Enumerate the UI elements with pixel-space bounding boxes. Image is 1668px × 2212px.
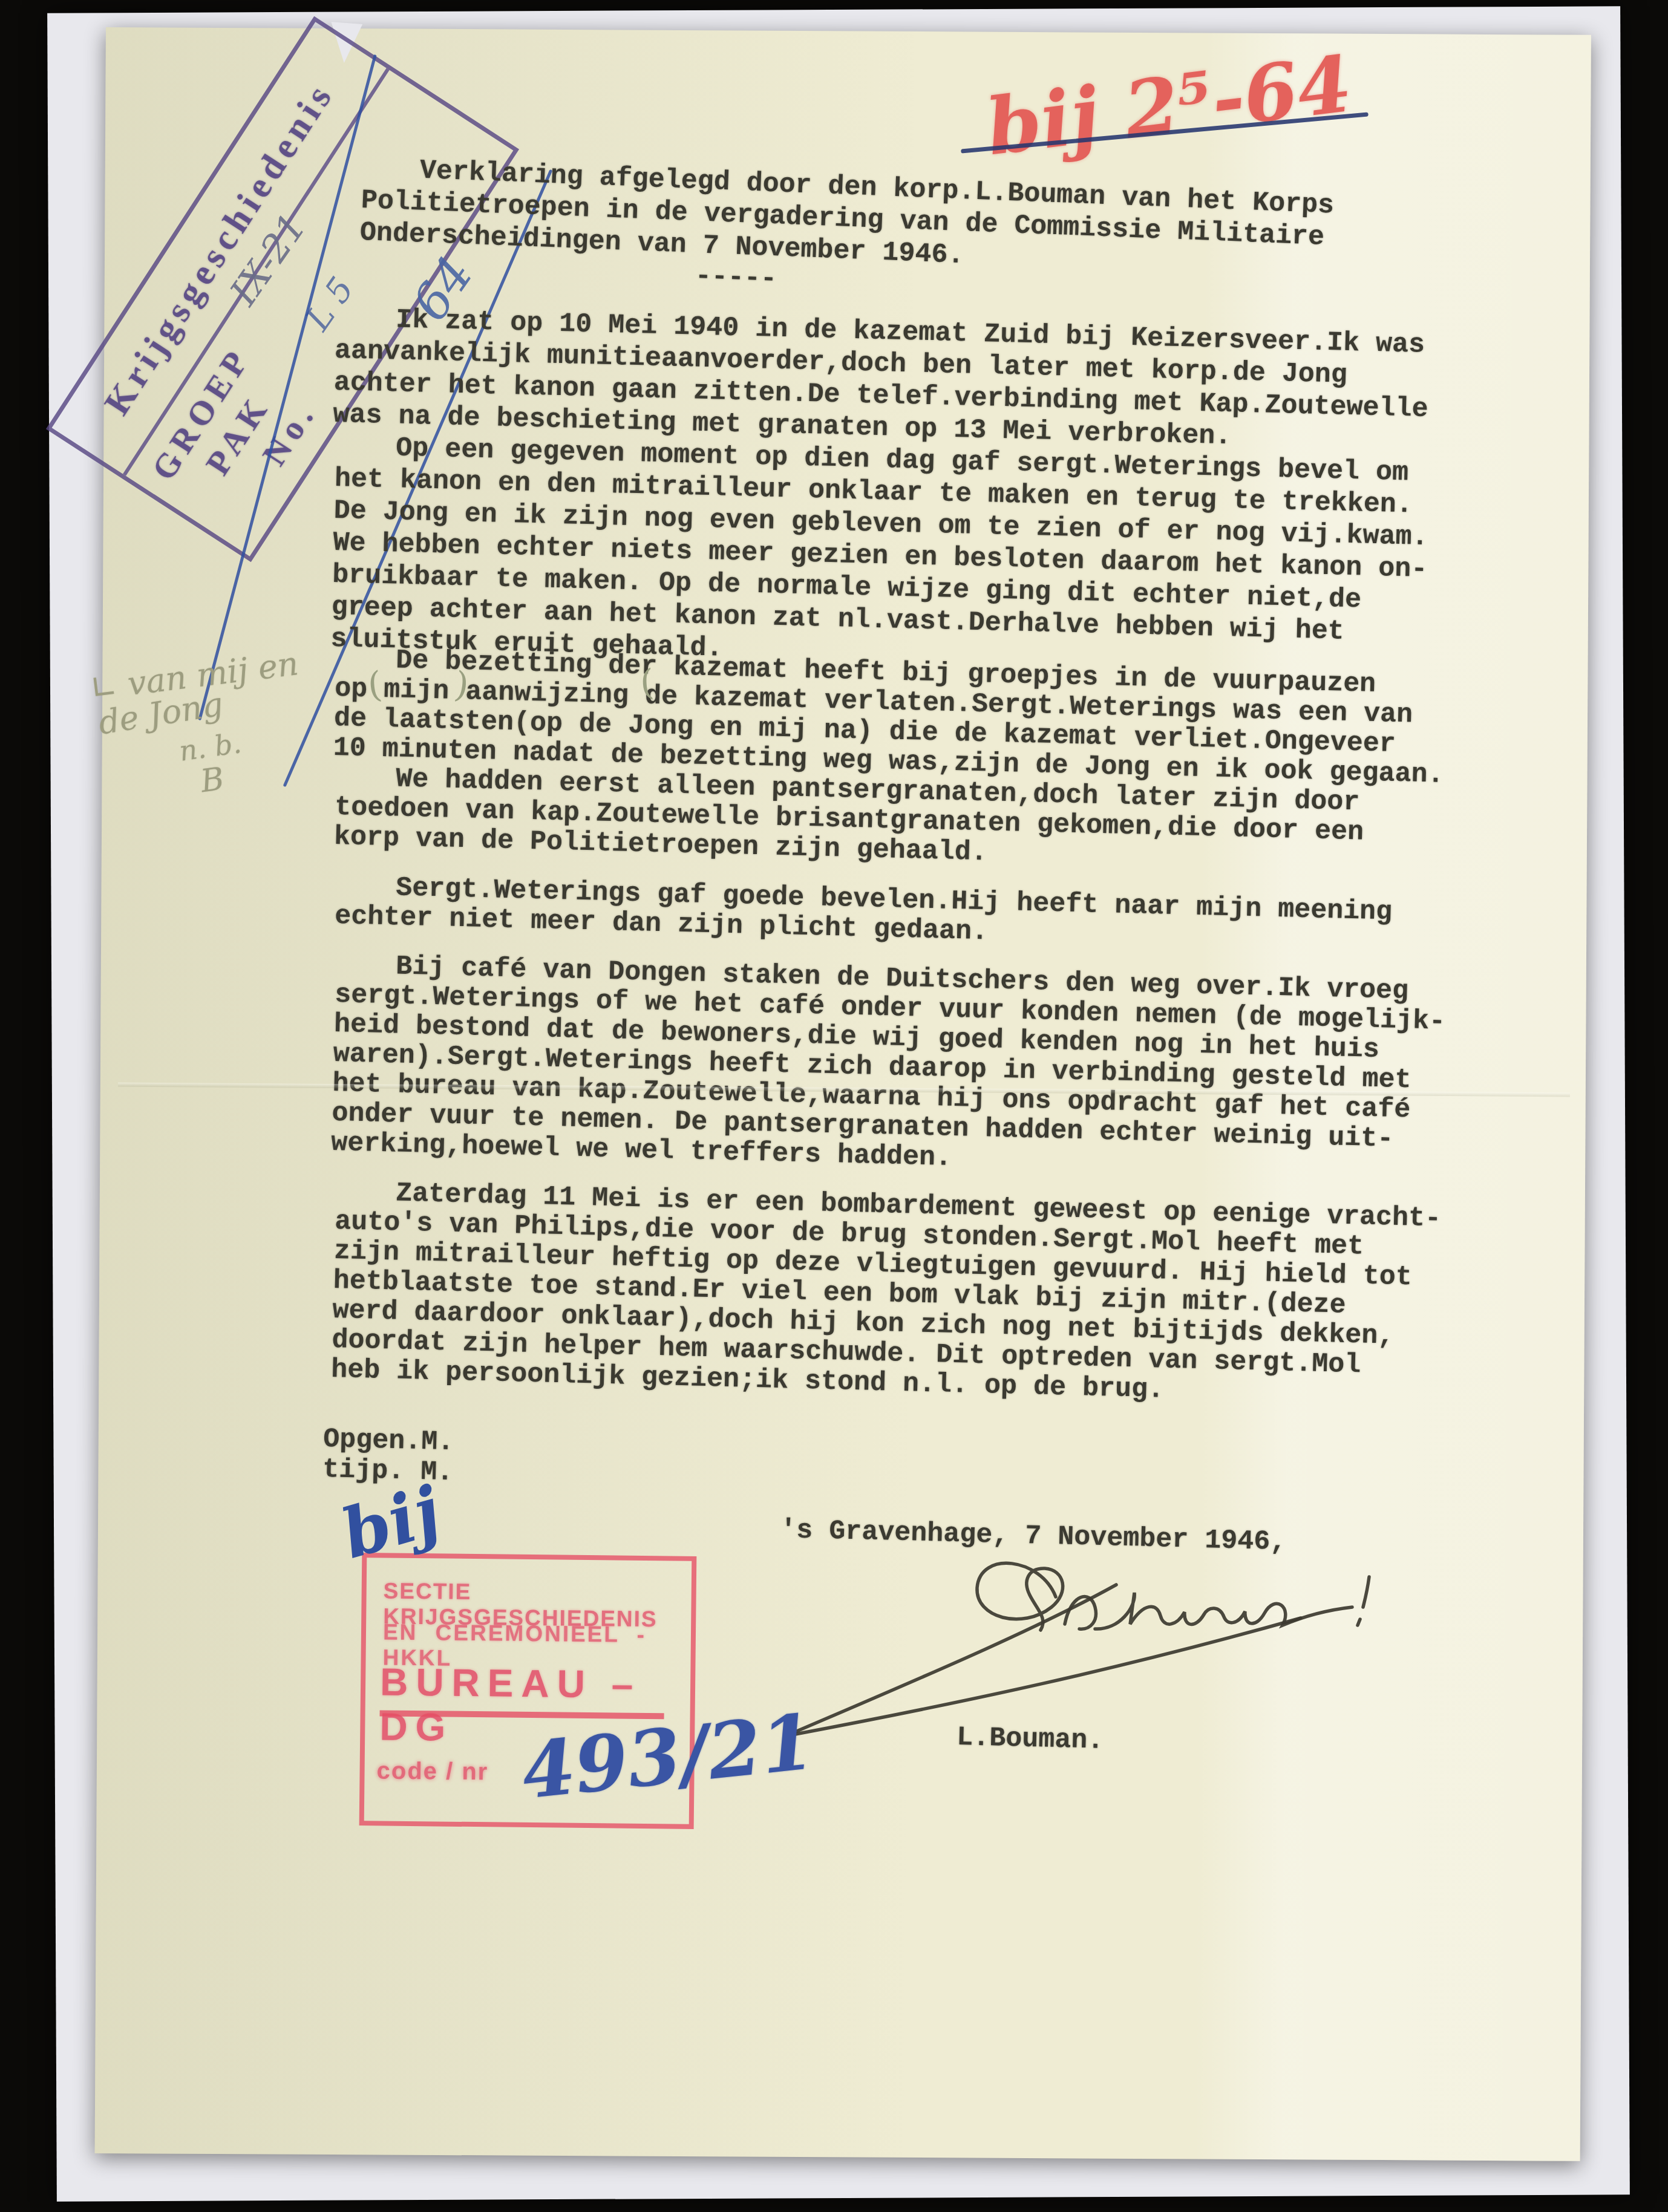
- signature-l-bouman: [780, 1539, 1392, 1742]
- closing-initials: Opgen.M. tijp. M.: [322, 1424, 454, 1488]
- scanned-document: Krijgsgeschiedenis GROEP PAK No. IX-21 L…: [0, 0, 1668, 2212]
- typed-signature-name: L.Bouman.: [957, 1723, 1104, 1757]
- signature-ink: [780, 1539, 1392, 1739]
- paragraph-7: Zaterdag 11 Mei is er een bombardement g…: [331, 1177, 1442, 1412]
- office-stamp-code-label: code / nr: [376, 1757, 488, 1786]
- paragraph-2: Op een gegeven moment op dien dag gaf se…: [330, 431, 1430, 682]
- heading-divider: -----: [695, 260, 777, 295]
- pencil-paren-insert: (: [639, 661, 655, 703]
- pencil-margin-note-line4: B: [198, 761, 226, 800]
- paragraph-6: Bij café van Dongen staken de Duitschers…: [331, 950, 1447, 1185]
